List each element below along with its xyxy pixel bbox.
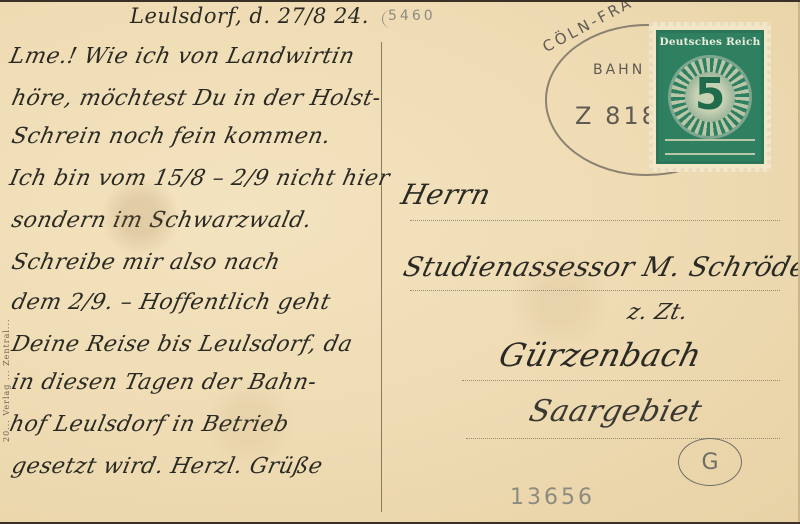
message-line: gesetzt wird. Herzl. Grüße	[9, 454, 325, 479]
stamp-bottom-bars	[665, 139, 755, 155]
publisher-imprint: 20... Verlag ... Zentral...	[2, 318, 11, 442]
address-care-of: z. Zt.	[625, 300, 691, 325]
message-line: in diesen Tagen der Bahn-	[9, 370, 319, 395]
address-salutation: Herrn	[398, 178, 495, 211]
address-rule-3	[462, 380, 780, 381]
address-rule-2	[410, 290, 780, 291]
message-line: sondern im Schwarzwald.	[9, 208, 314, 233]
message-line: Lme.! Wie ich von Landwirtin	[7, 44, 357, 69]
circled-letter: G	[701, 450, 718, 475]
message-line: Schrein noch fein kommen.	[9, 124, 333, 149]
postage-stamp: Deutsches Reich 5	[649, 22, 771, 172]
stamp-value: 5	[659, 69, 761, 120]
circled-letter-annotation: G	[678, 438, 742, 486]
message-line: Schreibe mir also nach	[9, 250, 282, 275]
address-rule-4	[466, 438, 780, 439]
message-line: hof Leulsdorf in Betrieb	[7, 412, 291, 437]
address-region: Saargebiet	[526, 394, 706, 429]
address-rule-1	[410, 220, 780, 221]
center-divider-line	[381, 42, 382, 512]
message-line: Ich bin vom 15/8 – 2/9 nicht hier	[7, 166, 392, 191]
address-name: Studienassessor M. Schröder	[400, 252, 800, 283]
postmark-train-number: Z 818	[575, 102, 660, 130]
address-city: Gürzenbach	[495, 336, 705, 374]
message-dateline: Leulsdorf, d. 27/8 24.	[130, 4, 369, 28]
stamp-country: Deutsches Reich	[659, 36, 761, 48]
postmark-bahn-text: BAHN	[593, 62, 645, 78]
message-line: Deine Reise bis Leulsdorf, da	[9, 332, 355, 357]
stamp-face: Deutsches Reich 5	[656, 30, 764, 164]
postcard-back: Leulsdorf, d. 27/8 24. 5460 Lme.! Wie ic…	[0, 2, 800, 522]
message-line: dem 2/9. – Hoffentlich geht	[9, 290, 333, 315]
archive-number-bottom: 13656	[510, 485, 595, 510]
message-line: höre, möchtest Du in der Holst-	[9, 86, 383, 111]
archive-number-top: 5460	[388, 8, 436, 24]
